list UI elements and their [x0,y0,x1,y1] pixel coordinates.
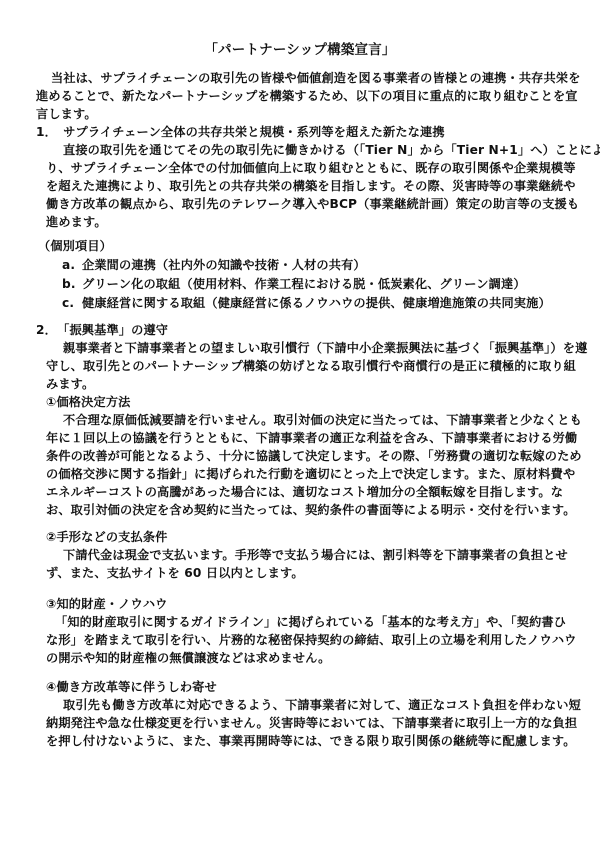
list-item-text: 企業間の連携（社内外の知識や技術・人材の共有） [82,258,366,272]
document-title: 「パートナーシップ構築宣言」 [0,38,600,58]
subsection-line: 不合理な原価低減要請を行いません。取引対価の決定に当たっては、下請事業者と少なく… [63,413,582,427]
subsection-line: の開示や知的財産権の無償譲渡などは求めません。 [46,651,331,665]
section-body-line: 進めます。 [46,215,107,229]
subsection-line: な形」を踏まえて取引を行い、片務的な秘密保持契約の締結、取引上の立場を利用したノ… [46,633,577,647]
section-heading: 1． サプライチェーン全体の共存共栄と規模・系列等を超えた新たな連携 [36,125,445,139]
subsection-line: の価格交渉に関する指針」に掲げられた行動を適切にとった上で決定します。また、原材… [46,467,575,481]
section-body-line: り、サプライチェーン全体での付加価値向上に取り組むとともに、既存の取引関係や企業… [46,161,576,175]
subsection-line: 納期発注や急な仕様変更を行いません。災害時等においては、下請事業者に取引上一方的… [46,716,577,730]
subsection-heading: ③知的財産・ノウハウ [46,597,168,611]
intro-line: 進めることで、新たなパートナーシップを構築するため、以下の項目に重点的に取り組む… [36,89,578,103]
subsection-line: 「知的財産取引に関するガイドライン」に掲げられている「基本的な考え方」や、「契約… [55,615,566,629]
individual-items-label: （個別項目） [38,239,112,253]
list-marker: c. [62,296,74,310]
section-body-line: 直接の取引先を通じてその先の取引先に働きかける（「Tier N」から「Tier … [63,143,600,157]
subsection-line: ず、また、支払サイトを 60 日以内とします。 [46,566,304,580]
subsection-heading: ②手形などの支払条件 [46,530,168,544]
intro-line: 言します。 [36,107,97,121]
document-page: 「パートナーシップ構築宣言」 当社は、サプライチェーンの取引先の皆様や価値創造を… [0,0,600,848]
section-body-line: 親事業者と下請事業者との望ましい取引慣行（下請中小企業振興法に基づく「振興基準」… [63,341,587,355]
intro-line: 当社は、サプライチェーンの取引先の皆様や価値創造を図る事業者の皆様との連携・共存… [51,71,581,85]
subsection-line: エネルギーコストの高騰があった場合には、適切なコスト増加分の全額転嫁を目指します… [46,485,563,499]
subsection-line: お、取引対価の決定を含め契約に当たっては、契約条件の書面等による明示・交付を行い… [46,503,576,517]
subsection-line: 下請代金は現金で支払います。手形等で支払う場合には、割引料等を下請事業者の負担と… [63,548,568,562]
list-item-text: 健康経営に関する取組（健康経営に係るノウハウの提供、健康増進施策の共同実施） [82,296,551,310]
subsection-line: を押し付けないように、また、事業再開時等には、できる限り取引関係の継続等に配慮し… [46,734,576,748]
subsection-line: 年に１回以上の協議を行うとともに、下請事業者の適正な利益を含み、下請事業者におけ… [46,431,577,445]
list-item-text: グリーン化の取組（使用材料、作業工程における脱・低炭素化、グリーン調達） [82,277,526,291]
list-marker: b. [62,277,76,291]
section-body-line: 働き方改革の観点から、取引先のテレワーク導入やBCP（事業継続計画）策定の助言等… [46,197,579,211]
subsection-line: 取引先も働き方改革に対応できるよう、下請事業者に対して、適正なコスト負担を伴わな… [63,698,581,712]
subsection-heading: ①価格決定方法 [46,395,131,409]
subsection-line: 条件の改善が可能となるよう、十分に協議して決定します。その際、「労務費の適切な転… [46,449,582,463]
list-marker: a. [62,258,75,272]
section-body-line: みます。 [46,377,94,391]
section-heading: 2． 「振興基準」の遵守 [36,323,168,337]
section-body-line: 守し、取引先とのパートナーシップ構築の妨げとなる取引慣行や商慣行の是正に積極的に… [46,359,576,373]
subsection-heading: ④働き方改革等に伴うしわ寄せ [46,680,217,694]
section-body-line: を超えた連携により、取引先との共存共栄の構築を目指します。その際、災害時等の事業… [46,179,576,193]
